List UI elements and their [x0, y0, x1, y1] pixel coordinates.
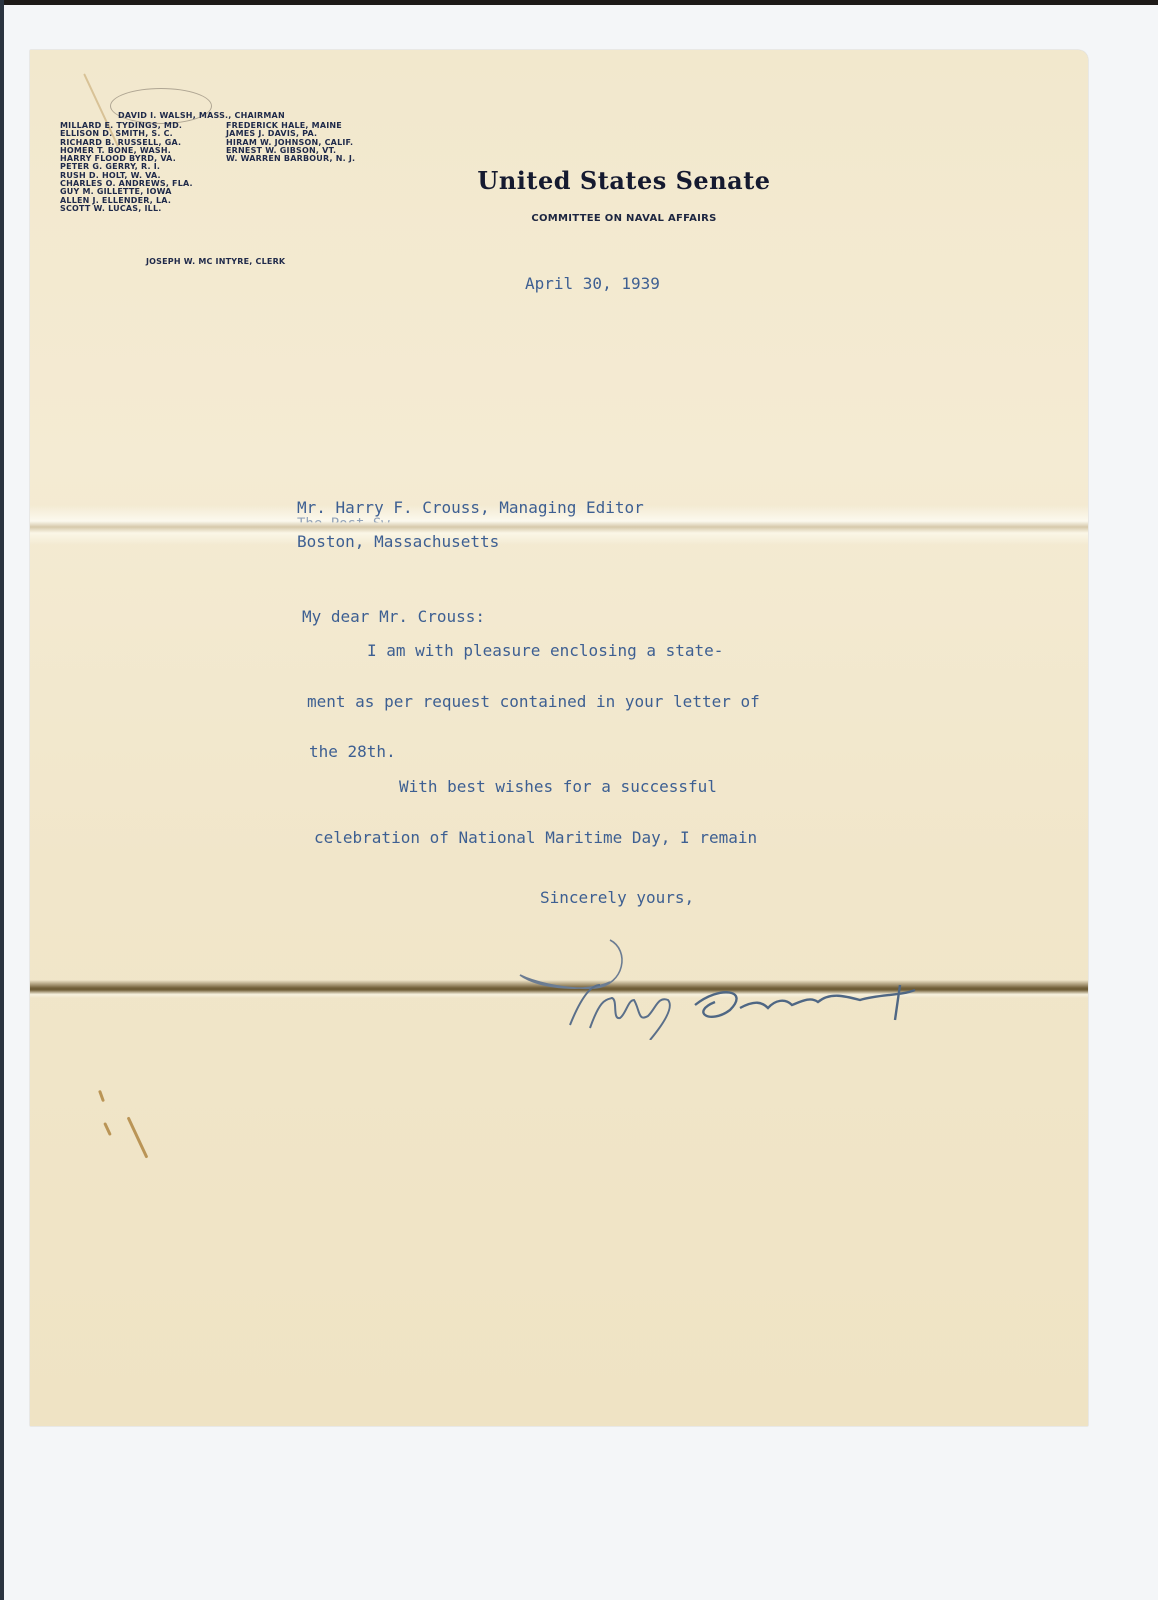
- handwritten-signature: [500, 930, 970, 1040]
- letter-sheet: DAVID I. WALSH, MASS., CHAIRMAN MILLARD …: [30, 50, 1088, 1426]
- rust-stain: [103, 1122, 112, 1136]
- body-line: the 28th.: [309, 742, 396, 761]
- letterhead-members-left: MILLARD E. TYDINGS, MD.ELLISON D. SMITH,…: [60, 122, 193, 213]
- recipient-line-1: Mr. Harry F. Crouss, Managing Editor: [297, 498, 644, 517]
- rust-stain: [127, 1116, 149, 1158]
- body-line: ment as per request contained in your le…: [307, 692, 760, 711]
- body-line: I am with pleasure enclosing a state-: [367, 641, 723, 660]
- letterhead-members-right: FREDERICK HALE, MAINEJAMES J. DAVIS, PA.…: [226, 122, 355, 163]
- letterhead-committee: COMMITTEE ON NAVAL AFFAIRS: [444, 213, 804, 224]
- rust-stain: [98, 1090, 105, 1102]
- scanner-edge-top: [0, 0, 1158, 5]
- letter-date: April 30, 1939: [525, 274, 660, 293]
- letterhead-title: United States Senate: [444, 166, 804, 195]
- letterhead-clerk: JOSEPH W. MC INTYRE, CLERK: [146, 258, 285, 266]
- committee-member: W. WARREN BARBOUR, N. J.: [226, 155, 355, 163]
- scanner-edge-left: [0, 0, 4, 1600]
- body-line: With best wishes for a successful: [399, 777, 717, 796]
- committee-member: SCOTT W. LUCAS, ILL.: [60, 205, 193, 213]
- letterhead-chairman: DAVID I. WALSH, MASS., CHAIRMAN: [118, 112, 285, 120]
- recipient-line-3: Boston, Massachusetts: [297, 532, 499, 551]
- salutation: My dear Mr. Crouss:: [302, 607, 485, 626]
- closing: Sincerely yours,: [540, 888, 694, 907]
- body-line: celebration of National Maritime Day, I …: [314, 828, 757, 847]
